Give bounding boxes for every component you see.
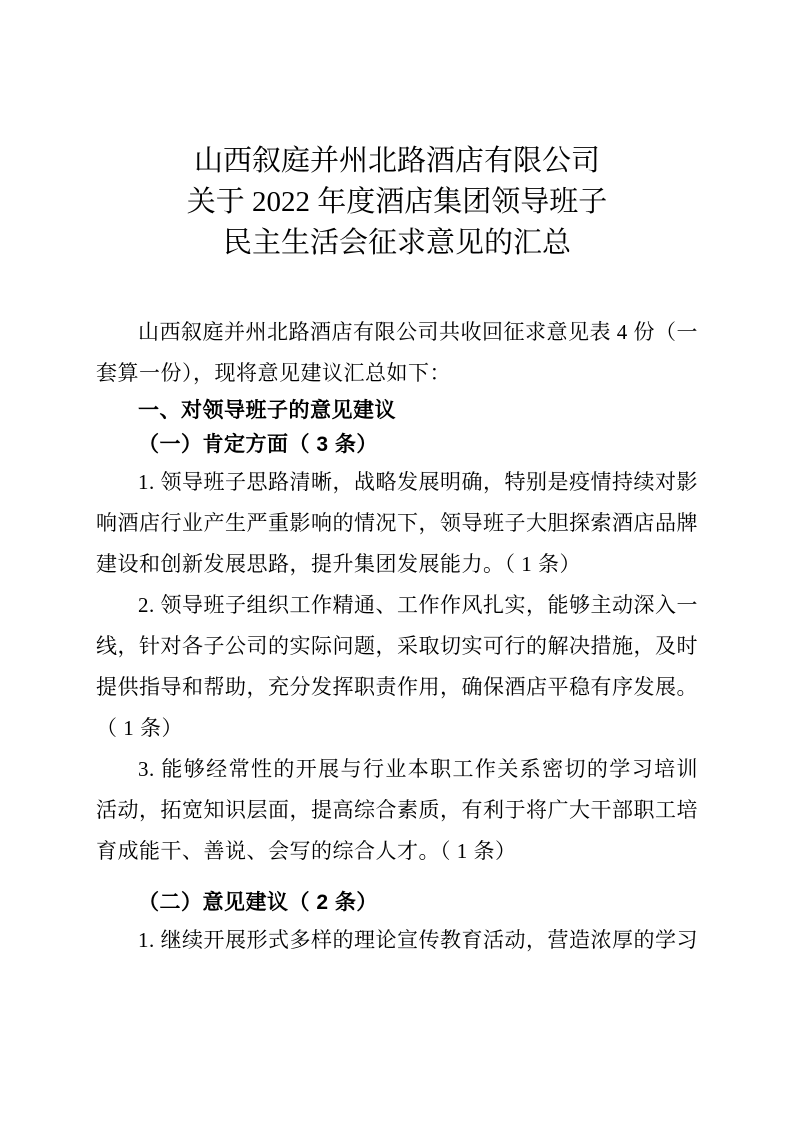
document-page: 山西叙庭并州北路酒店有限公司 关于 2022 年度酒店集团领导班子 民主生活会征… xyxy=(0,0,794,1122)
title-line-1: 山西叙庭并州北路酒店有限公司 xyxy=(96,141,698,182)
positive-item-1: 1. 领导班子思路清晰，战略发展明确，特别是疫情持续对影响酒店行业产生严重影响的… xyxy=(96,462,698,585)
suggestion-item-1: 1. 继续开展形式多样的理论宣传教育活动，营造浓厚的学习 xyxy=(96,920,698,961)
title-line-3: 民主生活会征求意见的汇总 xyxy=(96,223,698,264)
positive-item-2: 2. 领导班子组织工作精通、工作作风扎实，能够主动深入一线，针对各子公司的实际问… xyxy=(96,585,698,749)
title-line-2: 关于 2022 年度酒店集团领导班子 xyxy=(96,182,698,223)
section-1-heading: 一、对领导班子的意见建议 xyxy=(96,394,698,428)
subsection-1-heading: （一）肯定方面（ 3 条） xyxy=(96,428,698,462)
intro-paragraph: 山西叙庭并州北路酒店有限公司共收回征求意见表 4 份（一套算一份），现将意见建议… xyxy=(96,312,698,394)
document-title: 山西叙庭并州北路酒店有限公司 关于 2022 年度酒店集团领导班子 民主生活会征… xyxy=(96,141,698,264)
subsection-2-heading: （二）意见建议（ 2 条） xyxy=(96,886,698,920)
positive-item-3: 3. 能够经常性的开展与行业本职工作关系密切的学习培训 活动，拓宽知识层面，提高… xyxy=(96,749,698,872)
